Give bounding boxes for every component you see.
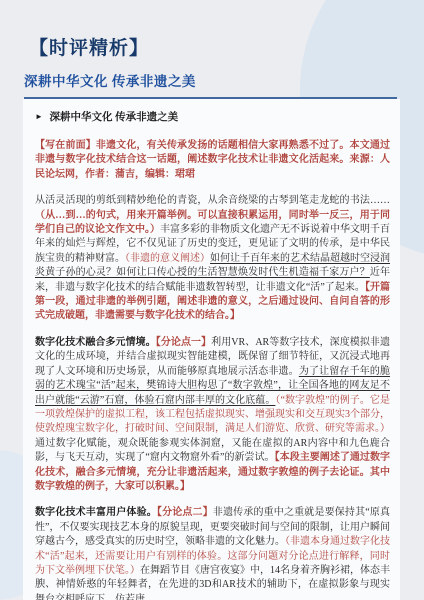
header: 【时评精析】 深耕中华文化 传承非遗之美	[0, 0, 424, 99]
paragraph: 【写在前面】非遗文化，有关传承发扬的话题相信大家再熟悉不过了。本文通过非遗与数字…	[35, 139, 390, 182]
paragraph: 数字化技术丰富用户体验。【分论点二】非遗传承的重中之重就是要保持其“原真性”，不…	[35, 506, 390, 600]
content-card: ► 深耕中华文化 传承非遗之美 【写在前面】非遗文化，有关传承发扬的话题相信大家…	[23, 99, 400, 600]
paragraph: 数字化技术融合多元情境。【分论点一】利用VR、AR等数字技术，深度模拟非遗文化的…	[35, 336, 390, 494]
article-subtitle: 深耕中华文化 传承非遗之美	[24, 70, 400, 90]
page: 【时评精析】 深耕中华文化 传承非遗之美 ► 深耕中华文化 传承非遗之美 【写在…	[0, 0, 424, 600]
text-segment: 数字化技术融合多元情境。	[35, 337, 156, 348]
page-title: 【时评精析】	[29, 33, 400, 60]
text-segment: 【分论点二】	[157, 507, 213, 518]
article-body: 【写在前面】非遗文化，有关传承发扬的话题相信大家再熟悉不过了。本文通过非遗与数字…	[35, 139, 390, 600]
article-heading-text: 深耕中华文化 传承非遗之美	[50, 112, 179, 123]
article-heading: ► 深耕中华文化 传承非遗之美	[35, 109, 390, 124]
play-arrow-icon: ►	[35, 112, 43, 121]
text-segment: 【分论点一】	[156, 337, 211, 348]
text-segment: 【写在前面】非遗文化，有关传承发扬的话题相信大家再熟悉不过了。本文通过非遗与数字…	[35, 140, 390, 180]
paragraph: 从活灵活现的剪纸到精妙绝伦的青瓷，从余音绕梁的古琴到笔走龙蛇的书法……（从…到……	[35, 194, 390, 324]
text-segment: 数字化技术丰富用户体验。	[35, 507, 157, 518]
text-segment: （非遗的意义阐述）	[125, 253, 210, 264]
text-segment: 从活灵活现的剪纸到精妙绝伦的青瓷，从余音绕梁的古琴到笔走龙蛇的书法……	[35, 195, 390, 206]
